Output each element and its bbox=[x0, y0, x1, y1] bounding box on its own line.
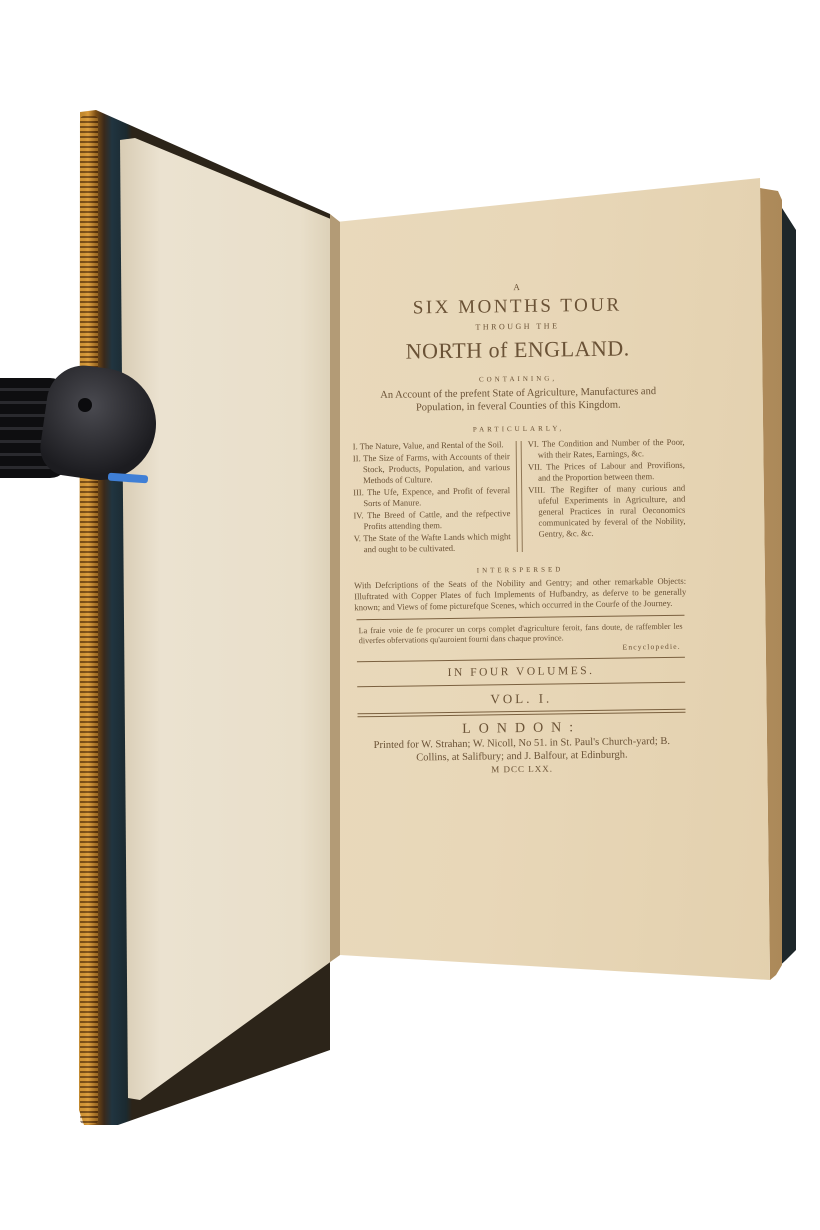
item-1: I. The Nature, Value, and Rental of the … bbox=[353, 439, 510, 452]
interspersed-label: INTERSPERSED bbox=[350, 564, 690, 577]
item-8: VIII. The Regifter of many curious and u… bbox=[528, 483, 686, 540]
clamp-pivot bbox=[78, 398, 92, 412]
title-line-3: NORTH of ENGLAND. bbox=[348, 335, 688, 366]
item-6: VI. The Condition and Number of the Poor… bbox=[528, 437, 685, 461]
contents-left: I. The Nature, Value, and Rental of the … bbox=[349, 439, 515, 556]
volume-number: VOL. I. bbox=[351, 689, 691, 710]
particularly-label: PARTICULARLY, bbox=[348, 423, 688, 436]
item-5: V. The State of the Wafte Lands which mi… bbox=[354, 531, 511, 555]
item-3: III. The Ufe, Expence, and Profit of fev… bbox=[353, 485, 510, 509]
contents-columns: I. The Nature, Value, and Rental of the … bbox=[349, 437, 690, 557]
account-text: An Account of the prefent State of Agric… bbox=[348, 385, 688, 416]
item-7: VII. The Prices of Labour and Provifions… bbox=[528, 460, 685, 484]
volumes-line: IN FOUR VOLUMES. bbox=[351, 664, 691, 681]
column-divider bbox=[516, 441, 523, 552]
imprint-printers: Printed for W. Strahan; W. Nicoll, No 51… bbox=[352, 735, 692, 766]
title-page-text: A SIX MONTHS TOUR THROUGH THE NORTH of E… bbox=[347, 268, 692, 777]
rule bbox=[357, 682, 685, 688]
containing-label: CONTAINING, bbox=[348, 373, 688, 386]
spine-tooling bbox=[80, 116, 98, 1124]
item-2: II. The Size of Farms, with Accounts of … bbox=[353, 451, 510, 486]
title-article: A bbox=[347, 280, 687, 295]
item-4: IV. The Breed of Cattle, and the refpect… bbox=[353, 508, 510, 532]
title-line-1: SIX MONTHS TOUR bbox=[347, 294, 687, 321]
contents-right: VI. The Condition and Number of the Poor… bbox=[524, 437, 690, 554]
double-rule bbox=[357, 709, 685, 718]
interspersed-text: With Defcriptions of the Seats of the No… bbox=[350, 576, 690, 614]
rule bbox=[357, 615, 685, 621]
rule bbox=[357, 657, 685, 663]
title-line-2: THROUGH THE bbox=[347, 320, 687, 334]
